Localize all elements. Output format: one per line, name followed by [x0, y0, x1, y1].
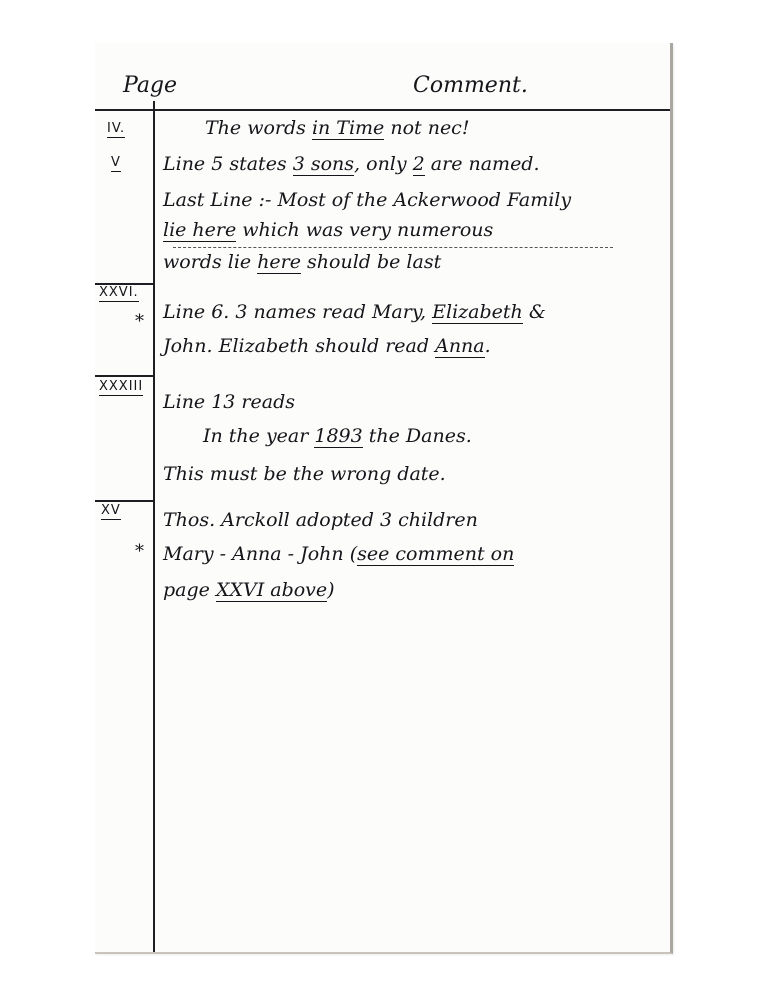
comment-line: This must be the wrong date. [163, 463, 446, 485]
comment-line: The words in Time not nec! [205, 117, 469, 139]
column-header-page: Page [123, 73, 177, 98]
comment-line: words lie here should be last [163, 251, 441, 273]
comment-line: lie here which was very numerous [163, 219, 493, 241]
insertion-mark [173, 247, 613, 248]
column-divider [153, 101, 155, 952]
column-header-comment: Comment. [413, 73, 528, 98]
comment-line: Mary - Anna - John (see comment on [163, 543, 514, 565]
comment-line: John. Elizabeth should read Anna. [163, 335, 491, 357]
asterisk-marker: * [135, 541, 144, 562]
handwritten-page: Page Comment. IV. The words in Time not … [95, 43, 673, 954]
comment-line: Line 5 states 3 sons, only 2 are named. [163, 153, 540, 175]
page-ref-iv: IV. [107, 121, 125, 136]
comment-line: Last Line :- Most of the Ackerwood Famil… [163, 189, 571, 211]
asterisk-marker: * [135, 311, 144, 332]
page-ref-xv: XV [101, 503, 121, 518]
header-rule [95, 109, 670, 111]
comment-line: Line 13 reads [163, 391, 295, 413]
page-ref-v: V [111, 155, 121, 170]
page-ref-xxvi: XXVI. [99, 285, 139, 300]
row-divider [95, 500, 153, 502]
comment-line: Thos. Arckoll adopted 3 children [163, 509, 478, 531]
row-divider [95, 375, 153, 377]
comment-line: Line 6. 3 names read Mary, Elizabeth & [163, 301, 546, 323]
comment-line: In the year 1893 the Danes. [203, 425, 472, 447]
comment-line: page XXVI above) [163, 579, 335, 601]
page-ref-xxxiii: XXXIII [99, 379, 143, 394]
